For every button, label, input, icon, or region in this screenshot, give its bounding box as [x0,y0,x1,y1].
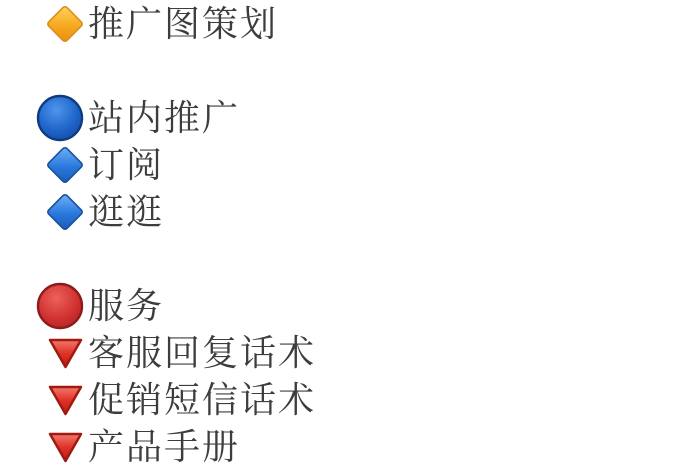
list-item: 订阅 [0,141,700,188]
list-item-label: 产品手册 [88,429,240,465]
orange-diamond-icon [30,0,88,47]
list-item-label: 逛逛 [88,194,164,230]
document-body: 推广图策划站内推广订阅逛逛服务客服回复话术促销短信话术产品手册 [0,0,700,470]
list-item: 站内推广 [0,94,700,141]
list-item-label: 客服回复话术 [88,335,316,371]
blue-diamond-icon [30,141,88,188]
list-item: 客服回复话术 [0,329,700,376]
list-item-label: 推广图策划 [88,6,278,42]
list-item-label: 站内推广 [88,100,240,136]
list-item: 促销短信话术 [0,376,700,423]
list-item: 产品手册 [0,423,700,470]
list-item: 服务 [0,282,700,329]
blank-line [0,235,700,282]
red-triangle-icon [30,376,88,423]
list-item: 推广图策划 [0,0,700,47]
list-item-label: 促销短信话术 [88,382,316,418]
list-item: 逛逛 [0,188,700,235]
blue-circle-icon [30,94,88,141]
red-triangle-icon [30,329,88,376]
list-item-label: 订阅 [88,147,164,183]
red-circle-icon [30,282,88,329]
blue-diamond-icon [30,188,88,235]
red-triangle-icon [30,423,88,470]
blank-line [0,47,700,94]
list-item-label: 服务 [88,288,164,324]
